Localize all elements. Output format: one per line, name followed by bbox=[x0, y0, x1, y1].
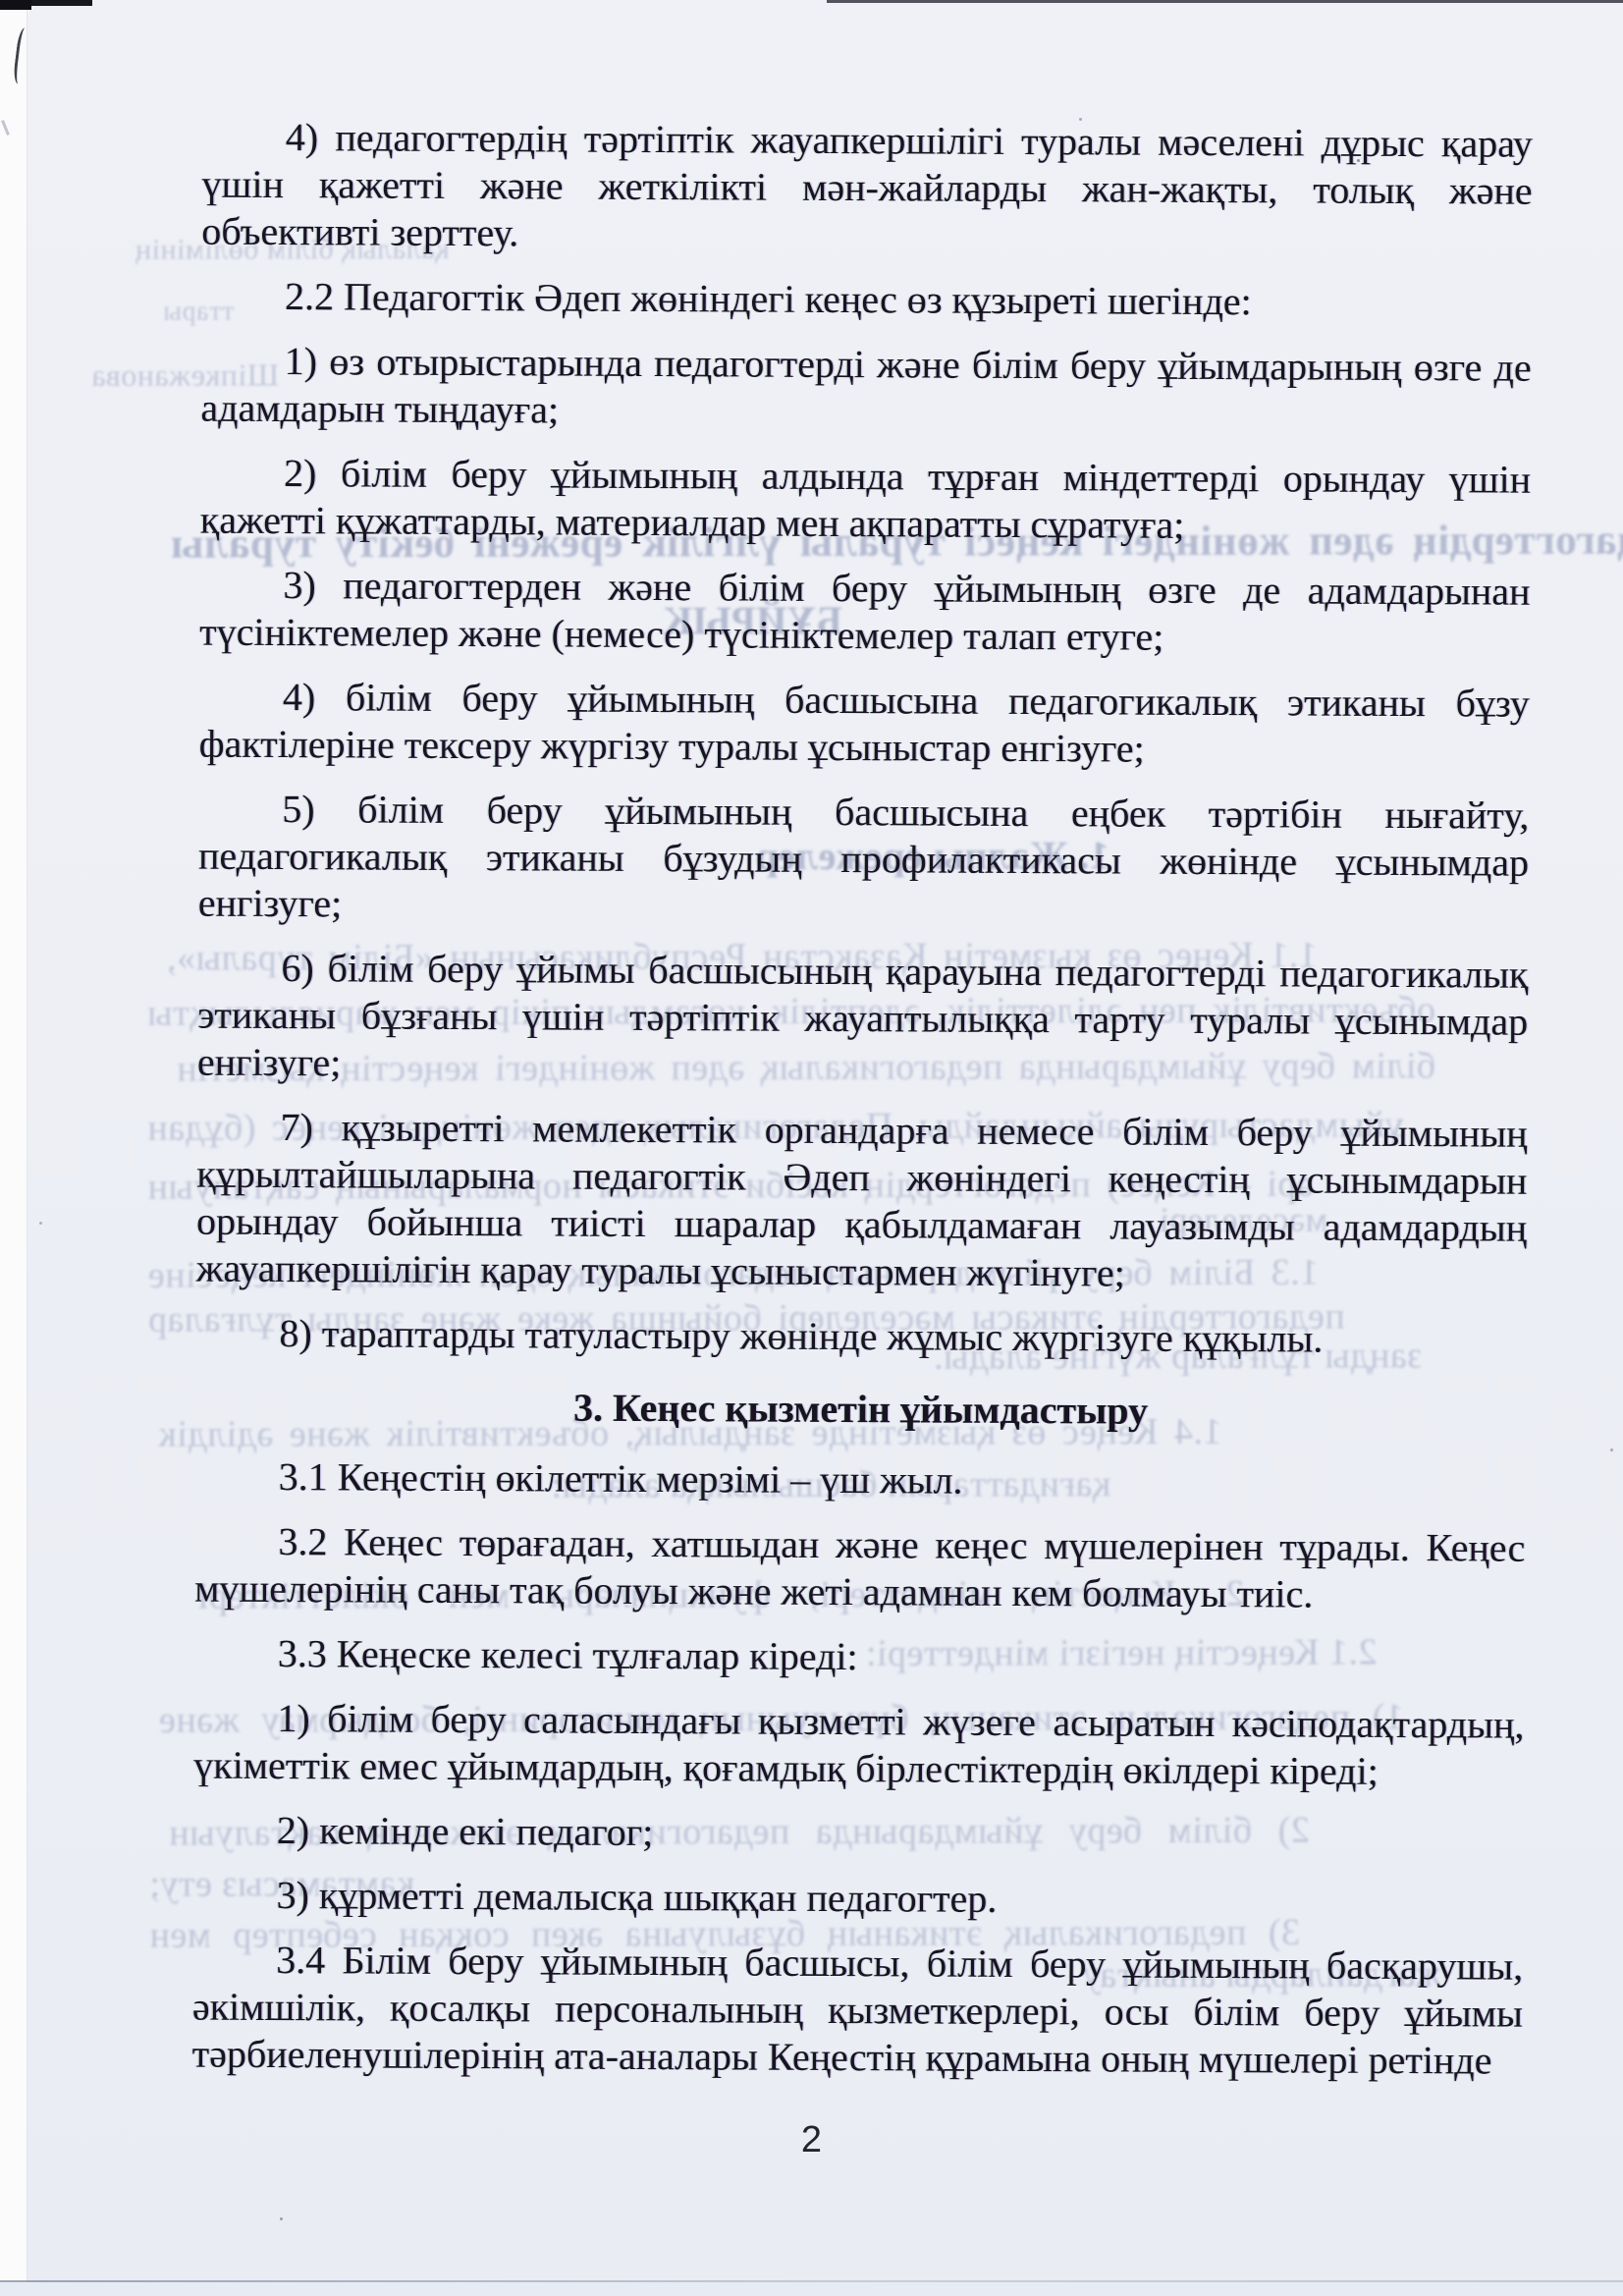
paragraph: 1) өз отырыстарында педагогтерді және бі… bbox=[200, 338, 1531, 439]
paragraph: 6) білім беру ұйымы басшысының қарауына … bbox=[197, 945, 1529, 1093]
paragraph: 2.2 Педагогтік Әдеп жөніндегі кеңес өз қ… bbox=[201, 273, 1532, 327]
paragraph: 5) білім беру ұйымының басшысына еңбек т… bbox=[198, 786, 1530, 934]
paragraph: 3.1 Кеңестің өкілеттік мерзімі – үш жыл. bbox=[195, 1453, 1526, 1507]
paragraph: 3) құрметті демалысқа шыққан педагогтер. bbox=[192, 1872, 1523, 1926]
paragraph: 3) педагогтерден және білім беру ұйымыны… bbox=[199, 562, 1530, 663]
section-heading: 3. Кеңес қызметін ұйымдастыру bbox=[195, 1383, 1526, 1437]
scan-artifact-top-left-corner bbox=[0, 0, 31, 10]
paragraph: 2) білім беру ұйымының алдында тұрған мі… bbox=[200, 450, 1531, 551]
scan-artifact-top-right-line bbox=[827, 0, 1623, 3]
scanner-edge-strip bbox=[0, 0, 27, 2296]
scan-artifact-bottom-strip bbox=[0, 2282, 1623, 2296]
paragraph: 7) құзыретті мемлекеттік органдарға неме… bbox=[196, 1104, 1528, 1299]
paragraph: 3.3 Кеңеске келесі тұлғалар кіреді: bbox=[194, 1630, 1525, 1684]
paragraph: 8) тараптарды татуластыру жөнінде жұмыс … bbox=[195, 1310, 1526, 1364]
scanned-page: қалалық білім бөлімініңттарыШіпкежановаП… bbox=[0, 0, 1623, 2296]
paragraph: 1) білім беру саласындағы қызметті жүзег… bbox=[193, 1695, 1524, 1796]
paragraph: 4) педагогтердің тәртіптік жауапкершіліг… bbox=[201, 114, 1533, 262]
scan-dust-specks bbox=[1357, 159, 1360, 162]
paragraph: 2) кемінде екі педагог; bbox=[193, 1807, 1524, 1861]
page-number: 2 bbox=[0, 2119, 1623, 2161]
paragraph: 3.2 Кеңес төрағадан, хатшыдан және кеңес… bbox=[194, 1518, 1525, 1619]
paragraph: 3.4 Білім беру ұйымының басшысы, білім б… bbox=[192, 1937, 1524, 2085]
paragraph: 4) білім беру ұйымының басшысына педагог… bbox=[199, 674, 1530, 775]
document-text: 4) педагогтердің тәртіптік жауапкершіліг… bbox=[0, 113, 1623, 2104]
